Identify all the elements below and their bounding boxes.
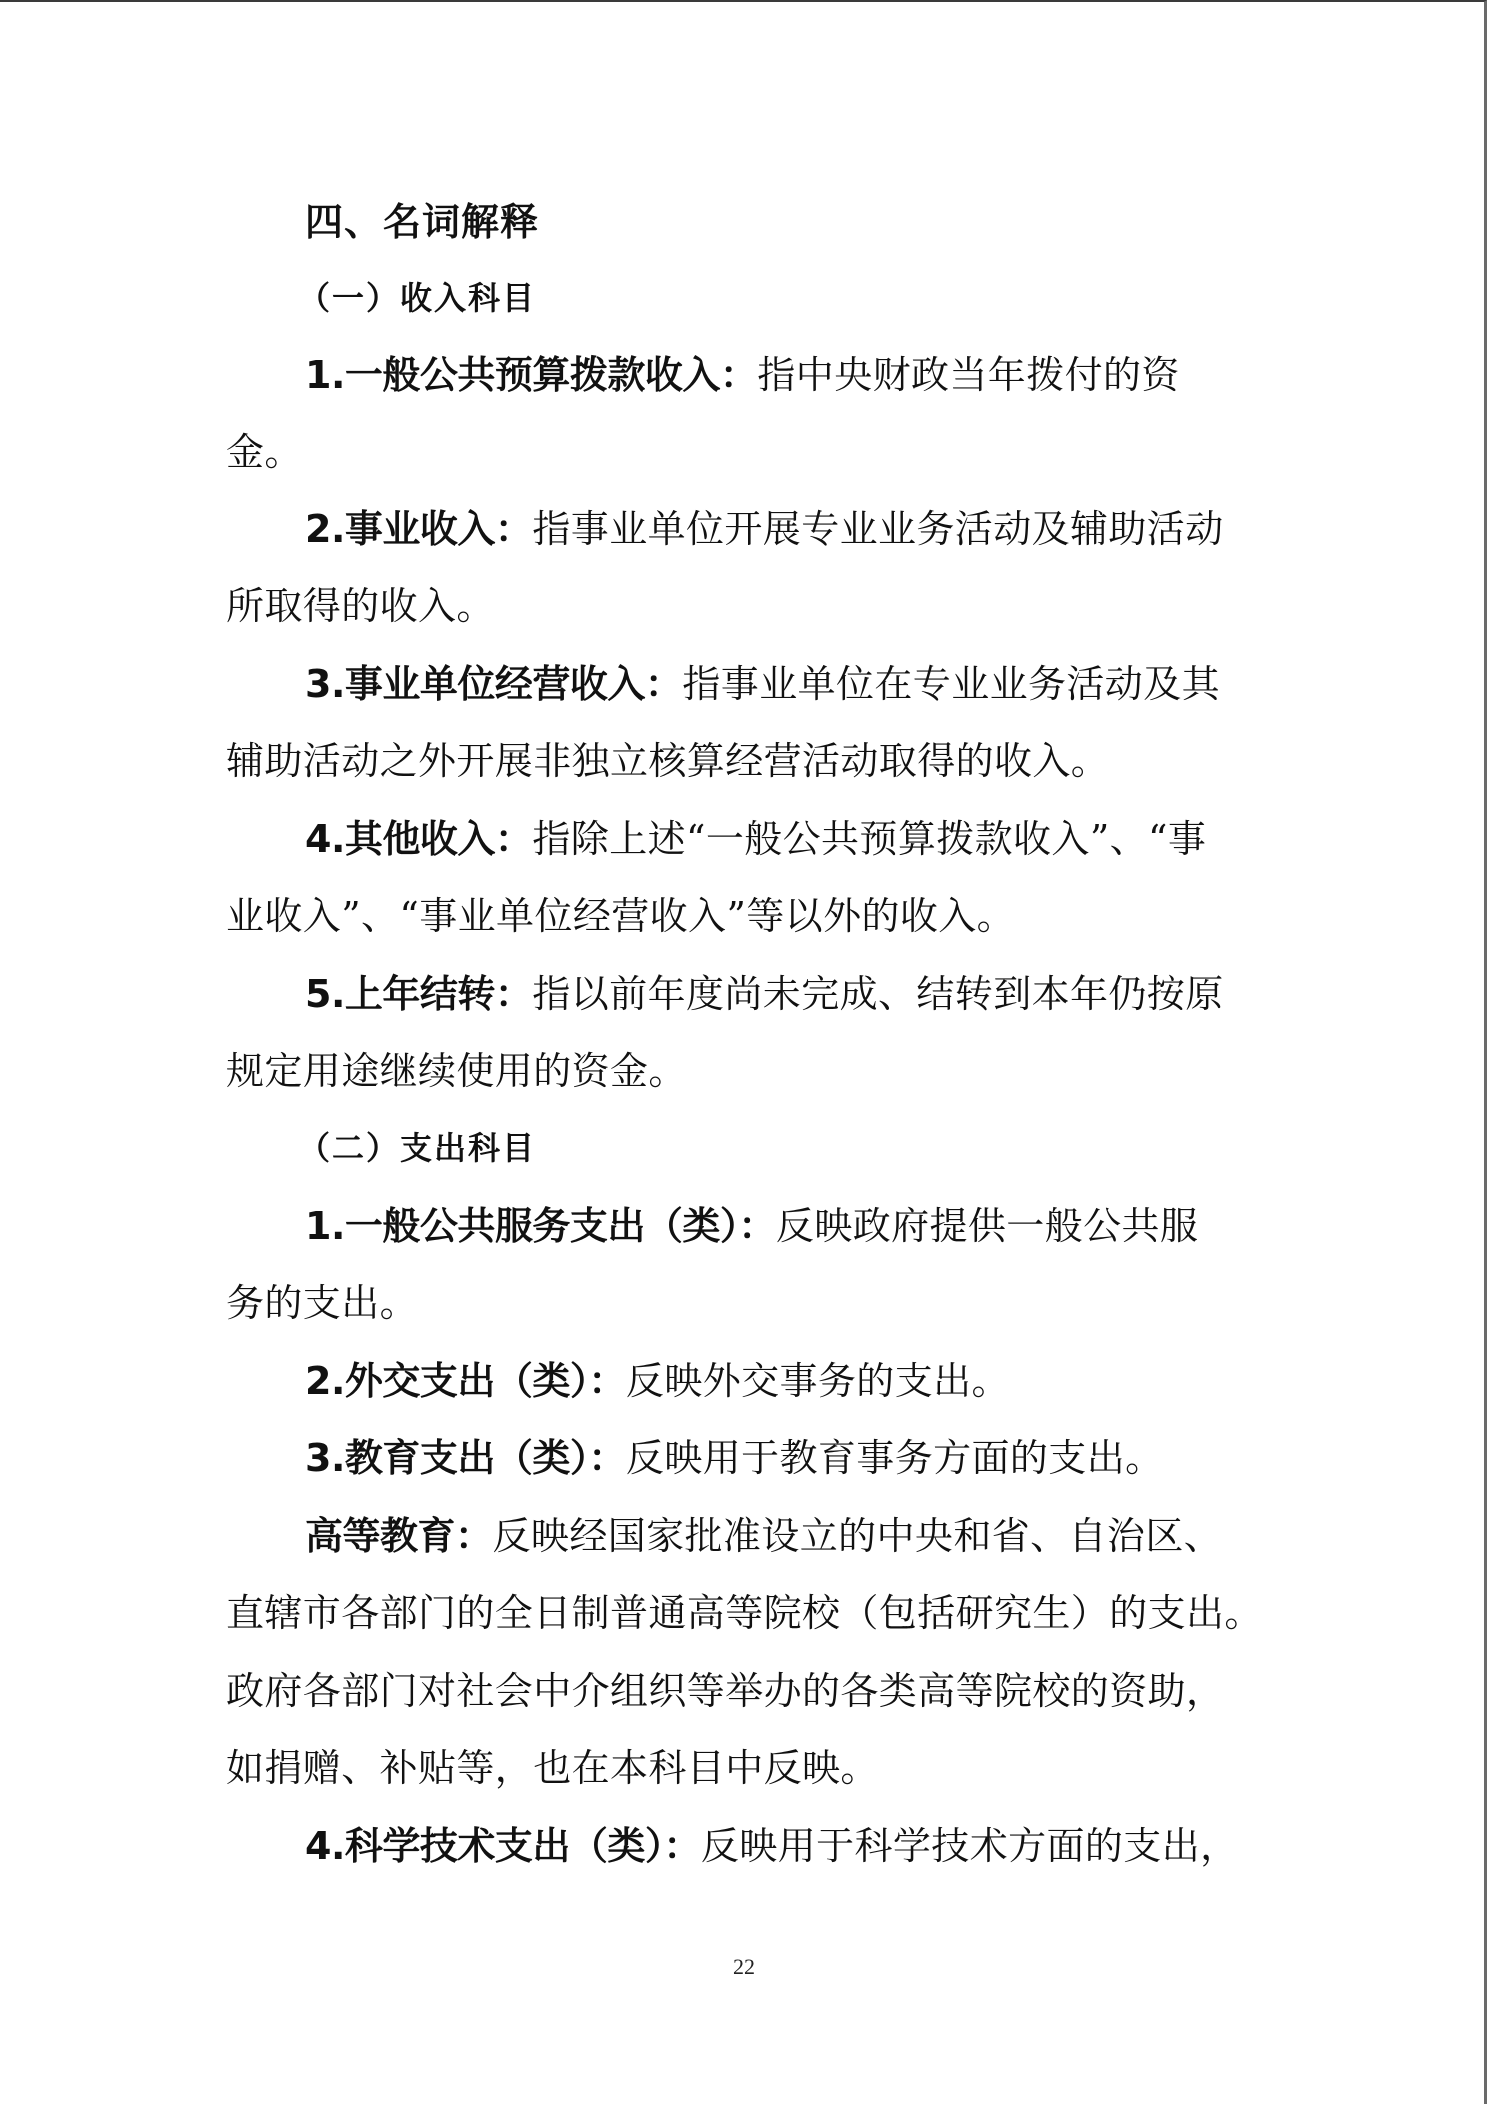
term-label: 1.一般公共服务支出（类）： xyxy=(305,1204,776,1248)
term-label: 3.教育支出（类）： xyxy=(305,1436,626,1480)
document-page: 四、名词解释 （一）收入科目 1.一般公共预算拨款收入：指中央财政当年拨付的资 … xyxy=(0,0,1487,2104)
expenditure-item-1-continuation: 务的支出。 xyxy=(226,1279,1251,1327)
term-definition: 反映用于教育事务方面的支出。 xyxy=(626,1436,1164,1480)
expenditure-item-3: 3.教育支出（类）：反映用于教育事务方面的支出。 xyxy=(305,1434,1251,1482)
term-definition: 反映政府提供一般公共服 xyxy=(776,1204,1198,1248)
term-label: 2.事业收入： xyxy=(305,507,532,551)
term-label: 4.科学技术支出（类）： xyxy=(305,1824,701,1868)
expenditure-item-2: 2.外交支出（类）：反映外交事务的支出。 xyxy=(305,1357,1251,1405)
income-item-2: 2.事业收入：指事业单位开展专业业务活动及辅助活动 xyxy=(305,505,1251,553)
term-definition: 指中央财政当年拨付的资 xyxy=(757,353,1179,397)
income-item-4: 4.其他收入：指除上述“一般公共预算拨款收入”、“事 xyxy=(305,815,1251,863)
term-definition: 反映用于科学技术方面的支出， xyxy=(701,1824,1239,1868)
term-label: 2.外交支出（类）： xyxy=(305,1359,626,1403)
expenditure-item-1: 1.一般公共服务支出（类）：反映政府提供一般公共服 xyxy=(305,1202,1251,1250)
income-item-1-continuation: 金。 xyxy=(226,428,1251,476)
higher-education-continuation-3: 如捐赠、补贴等，也在本科目中反映。 xyxy=(226,1744,1251,1792)
term-label: 1.一般公共预算拨款收入： xyxy=(305,353,757,397)
section-heading: 四、名词解释 xyxy=(305,198,1251,246)
term-label: 4.其他收入： xyxy=(305,817,532,861)
page-number: 22 xyxy=(0,1954,1488,1980)
term-definition: 反映经国家批准设立的中央和省、自治区、 xyxy=(493,1514,1223,1558)
expenditure-item-4: 4.科学技术支出（类）：反映用于科学技术方面的支出， xyxy=(305,1822,1251,1870)
expenditure-subheading: （二）支出科目 xyxy=(298,1124,1323,1172)
higher-education-continuation-2: 政府各部门对社会中介组织等举办的各类高等院校的资助， xyxy=(226,1667,1251,1715)
income-item-5: 5.上年结转：指以前年度尚未完成、结转到本年仍按原 xyxy=(305,970,1251,1018)
income-item-1: 1.一般公共预算拨款收入：指中央财政当年拨付的资 xyxy=(305,351,1251,399)
higher-education-item: 高等教育：反映经国家批准设立的中央和省、自治区、 xyxy=(305,1512,1251,1560)
income-item-2-continuation: 所取得的收入。 xyxy=(226,582,1251,630)
income-item-3: 3.事业单位经营收入：指事业单位在专业业务活动及其 xyxy=(305,660,1251,708)
term-definition: 指事业单位在专业业务活动及其 xyxy=(682,662,1220,706)
term-definition: 指除上述“一般公共预算拨款收入”、“事 xyxy=(532,817,1206,861)
income-subheading: （一）收入科目 xyxy=(298,274,1323,322)
term-definition: 指以前年度尚未完成、结转到本年仍按原 xyxy=(532,972,1223,1016)
term-label: 3.事业单位经营收入： xyxy=(305,662,682,706)
higher-education-continuation-1: 直辖市各部门的全日制普通高等院校（包括研究生）的支出。 xyxy=(226,1589,1251,1637)
term-label: 高等教育： xyxy=(305,1514,493,1558)
term-definition: 反映外交事务的支出。 xyxy=(626,1359,1010,1403)
income-item-5-continuation: 规定用途继续使用的资金。 xyxy=(226,1047,1251,1095)
income-item-4-continuation: 业收入”、“事业单位经营收入”等以外的收入。 xyxy=(226,892,1251,940)
term-definition: 指事业单位开展专业业务活动及辅助活动 xyxy=(532,507,1223,551)
term-label: 5.上年结转： xyxy=(305,972,532,1016)
income-item-3-continuation: 辅助活动之外开展非独立核算经营活动取得的收入。 xyxy=(226,737,1251,785)
